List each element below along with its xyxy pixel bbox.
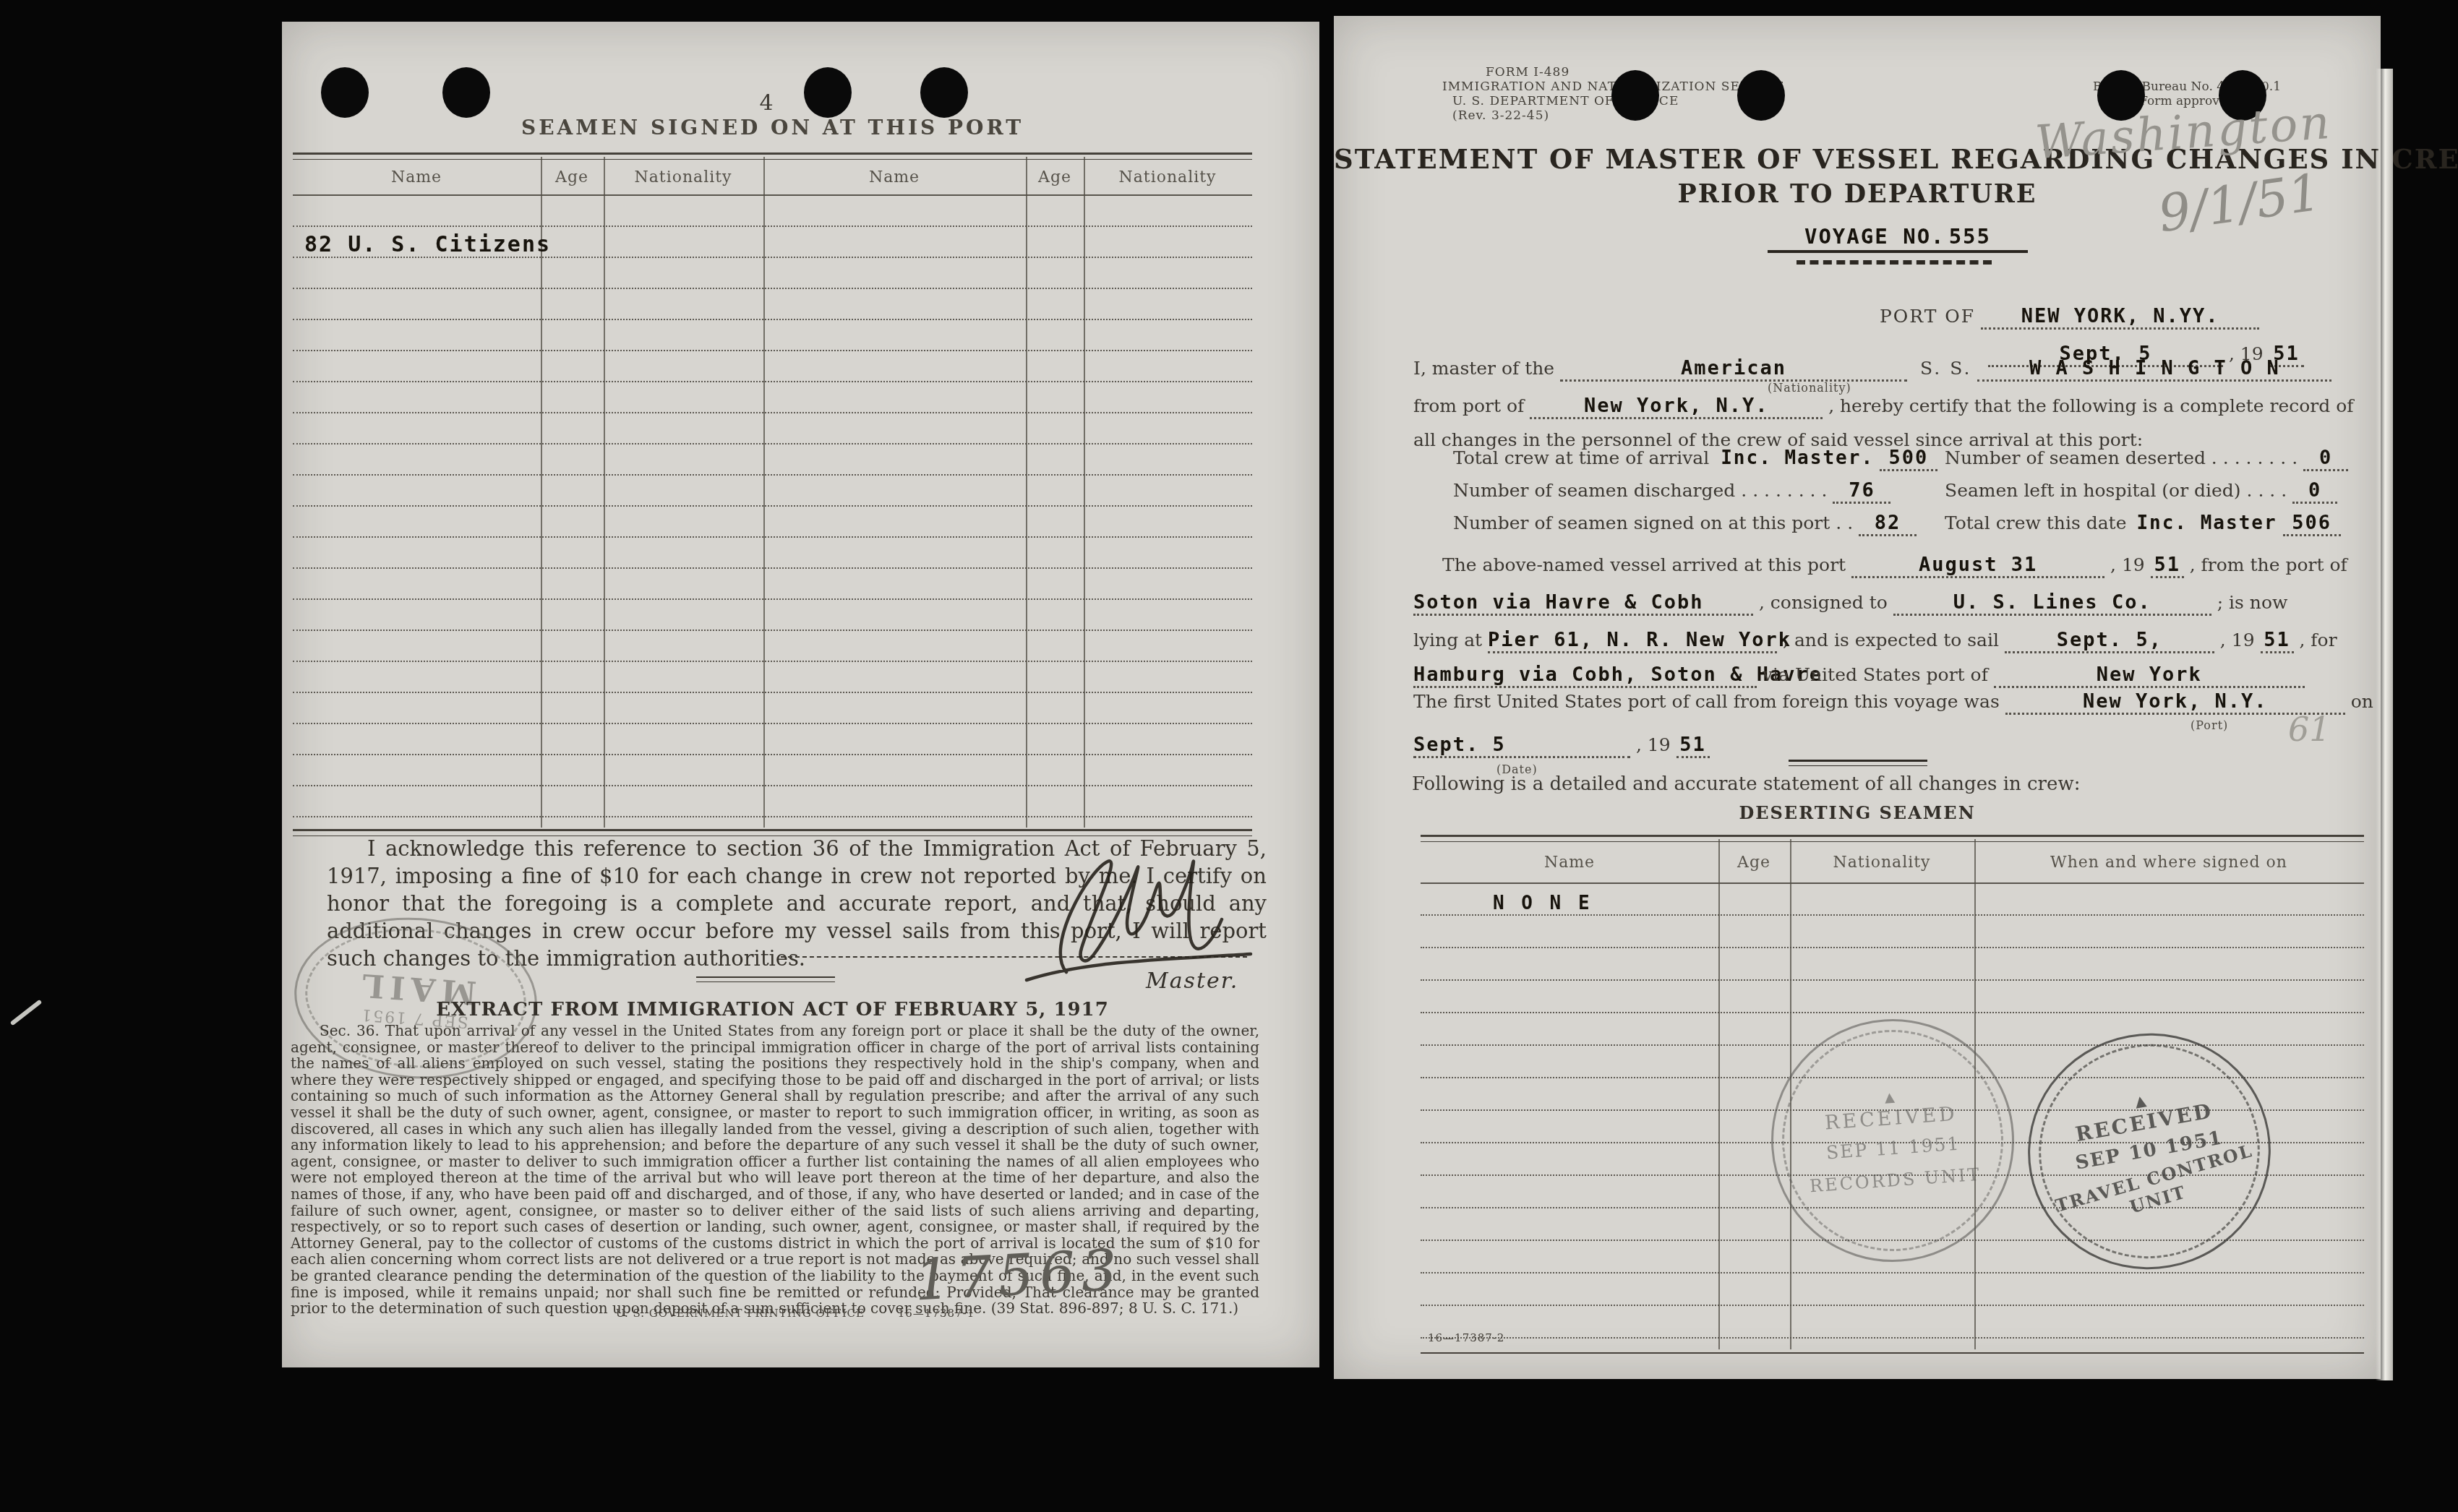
table-row [293,538,1252,569]
form-number: 16—17387-2 [1428,1331,1504,1344]
table-row [293,569,1252,600]
ss-label: S. S. [1920,358,1971,379]
table-row [293,258,1252,289]
vessel-name-value: W A S H I N G T O N [2029,357,2280,379]
table-bottom-rule [1421,1352,2364,1354]
consigned-to-value: U. S. Lines Co. [1953,591,2151,614]
right-page: FORM I-489 IMMIGRATION AND NATURALIZATIO… [1334,16,2381,1379]
port-caption: (Port) [2191,718,2228,732]
table-rows [293,196,1252,817]
hole-punch [920,67,968,118]
stat-label: Number of seamen discharged . . . . . . … [1453,480,1827,501]
column-divider [541,157,542,828]
arrival-line-4: Hamburg via Cobh, Soton & Havre via Unit… [1413,663,2305,688]
voyage-value: 555 [1949,224,1991,249]
column-divider [763,157,765,828]
arrive2-post: ; is now [2217,592,2288,613]
printing-office-text: U. S. GOVERNMENT PRINTING OFFICE [616,1307,865,1320]
year-printed: , 19 [2110,554,2145,575]
deserting-seamen-title: DESERTING SEAMEN [1334,802,2381,823]
sail-year-value: 51 [2264,629,2290,651]
certify-line-1: I, master of the American S. S. W A S H … [1413,357,2331,382]
stat-value: 0 [2319,447,2332,469]
table-top-rule [293,153,1252,160]
stat-deserted: Number of seamen deserted . . . . . . . … [1945,447,2348,471]
firstport-post: on [2351,691,2373,712]
first-port-date-line: Sept. 5 , 19 51 [1413,734,1710,758]
table-row [1421,948,2364,981]
arrival-line-3: lying at Pier 61, N. R. New York , and i… [1413,629,2337,653]
column-divider [604,157,605,828]
table-row [293,507,1252,538]
column-header: Name [1544,854,1595,872]
column-divider [1084,157,1085,828]
port-of-value: NEW YORK, N.YY. [2021,305,2219,327]
column-header: Age [1737,854,1770,872]
page-edge-highlight [2376,69,2393,1380]
extract-heading: EXTRACT FROM IMMIGRATION ACT OF FEBRUARY… [293,999,1252,1021]
column-header: Nationality [1118,168,1216,186]
stat-value: 506 [2292,512,2331,534]
stat-label: Total crew this date [1945,512,2126,533]
column-header: When and where signed on [2050,854,2287,872]
stat-label: Number of seamen signed on at this port … [1453,512,1853,533]
table-row [293,476,1252,507]
arrival-year-value: 51 [2154,554,2180,576]
vessel-nationality-value: American [1681,357,1786,379]
column-divider [1026,157,1027,828]
table-row [293,755,1252,786]
section-rule [696,976,835,982]
arrive3-mid: , and is expected to sail [1783,630,1999,650]
master-signature [918,838,1265,990]
nationality-caption: (Nationality) [1768,381,1851,395]
table-row [293,631,1252,662]
table-row [293,320,1252,351]
hole-punch [1737,70,1785,121]
us-port-value: New York [2097,663,2202,686]
lying-at-value: Pier 61, N. R. New York [1488,629,1791,651]
from-port-value: New York, N.Y. [1584,395,1769,417]
first-port-date-value: Sept. 5 [1413,734,1506,756]
section-rule [1789,760,1927,766]
table-row [293,196,1252,227]
arrival-line-1: The above-named vessel arrived at this p… [1442,554,2347,578]
table-row [1421,981,2364,1013]
arrive3-post: , for [2299,630,2337,650]
table-row [293,289,1252,320]
table-top-rule [1421,835,2364,842]
voyage-dashed-rule [1797,260,1992,265]
year-printed: , 19 [1636,734,1671,755]
sail-date-value: Sept. 5, [2057,629,2162,651]
scratch-mark [10,1000,43,1026]
scanned-document: 4 SEAMEN SIGNED ON AT THIS PORT Name Age… [0,0,2458,1512]
stat-value: 76 [1849,479,1875,502]
stat-value: 82 [1875,512,1901,534]
arrive1-pre: The above-named vessel arrived at this p… [1442,554,1846,575]
voyage-label: VOYAGE NO. [1804,224,1945,249]
arrival-line-2: Soton via Havre & Cobh , consigned to U.… [1413,591,2287,616]
column-header: Nationality [1833,854,1930,872]
none-entry: N O N E [1493,893,1593,914]
left-page: 4 SEAMEN SIGNED ON AT THIS PORT Name Age… [282,22,1319,1367]
first-port-line: The first United States port of call fro… [1413,690,2373,715]
first-port-year-value: 51 [1679,734,1706,756]
stat-hospital: Seamen left in hospital (or died) . . . … [1945,479,2337,504]
stat-value: 500 [1889,447,1929,469]
column-header: Age [1038,168,1071,186]
table-row [293,662,1252,693]
stat-label: Total crew at time of arrival [1453,447,1709,468]
stat-discharged: Number of seamen discharged . . . . . . … [1453,479,1890,504]
arrive4-mid: via United States port of [1763,664,1988,685]
hole-punch [321,67,369,118]
hole-punch [804,67,852,118]
seamen-signed-table: Name Age Nationality Name Age Nationalit… [293,153,1252,833]
table-row [293,600,1252,631]
table-row [293,444,1252,476]
table-row [293,351,1252,382]
certify-line-2: from port of New York, N.Y. , hereby cer… [1413,395,2354,419]
stat-total-arrival: Total crew at time of arrival Inc. Maste… [1453,447,1937,471]
stat-value: 0 [2308,479,2321,502]
arrive1-post: , from the port of [2190,554,2347,575]
arrival-date-value: August 31 [1919,554,2037,576]
year-printed: , 19 [2220,630,2255,650]
column-divider [1718,839,1720,1349]
from-port-of-value: Soton via Havre & Cobh [1413,591,1704,614]
column-header: Age [555,168,588,186]
port-of-label: PORT OF [1880,306,1975,327]
table-row [293,786,1252,817]
crew-entry-us-citizens: 82 U. S. Citizens [304,232,551,257]
stat-total-date: Total crew this date Inc. Master 506 [1945,512,2341,536]
stamp-dial-ring [1775,1023,2011,1259]
handwritten-61: 61 [2288,710,2331,749]
table-row [293,693,1252,724]
handwritten-number: 17563 [913,1238,1124,1314]
stat-typed-note: Inc. Master [2136,512,2277,534]
left-page-title: SEAMEN SIGNED ON AT THIS PORT [293,116,1252,139]
table-row [293,382,1252,413]
certify2-post: , hereby certify that the following is a… [1828,395,2353,416]
arrive2-mid: , consigned to [1759,592,1888,613]
stat-label: Number of seamen deserted . . . . . . . … [1945,447,2298,468]
column-header: Name [869,168,920,186]
table-row [293,413,1252,444]
table-row [293,724,1252,755]
first-port-value: New York, N.Y. [2083,690,2268,713]
voyage-number-line: VOYAGE NO. 555 [1768,224,2028,253]
table-row [1421,916,2364,948]
firstport-pre: The first United States port of call fro… [1413,691,2000,712]
port-of-line: PORT OF NEW YORK, N.YY. [1880,305,2259,330]
stat-label: Seamen left in hospital (or died) . . . … [1945,480,2287,501]
form-id-line: (Rev. 3-22-45) [1442,108,1784,123]
form-id-line: FORM I-489 [1442,65,1784,80]
column-header: Nationality [634,168,732,186]
certify1-pre: I, master of the [1413,358,1554,379]
sail-for-value: Hamburg via Cobh, Soton & Havre [1413,663,1823,686]
arrive3-pre: lying at [1413,630,1482,650]
certify2-pre: from port of [1413,395,1524,416]
hole-punch [442,67,490,118]
stat-typed-note: Inc. Master. [1721,447,1874,469]
stat-signed-on: Number of seamen signed on at this port … [1453,512,1917,536]
following-statement: Following is a detailed and accurate sta… [1412,773,2080,795]
hole-punch [1611,70,1659,121]
table-row [1421,1306,2364,1339]
page-number: 4 [723,90,810,116]
column-header: Name [391,168,442,186]
table-row [1421,1273,2364,1306]
